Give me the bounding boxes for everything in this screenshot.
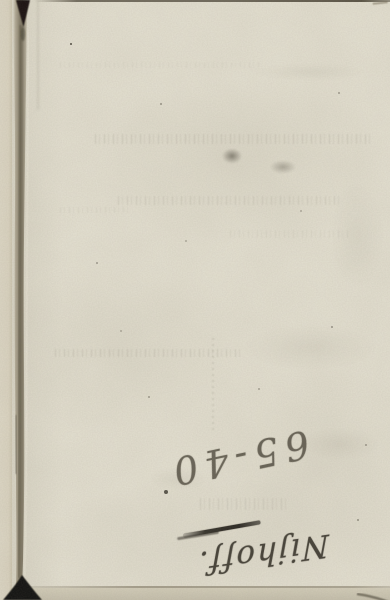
- stain-blotch: [330, 180, 385, 290]
- page-top-edge-line: [34, 0, 390, 2]
- stain-band: [60, 62, 260, 68]
- stain-band: [95, 134, 370, 144]
- stain-vertical-line: [212, 338, 214, 434]
- paper-page: [0, 0, 390, 600]
- stain-band: [60, 207, 130, 213]
- stain-cluster: [266, 158, 300, 176]
- faint-corner-scribble: [373, 1, 389, 11]
- paper-crease: [37, 0, 39, 110]
- stain-blotch: [148, 468, 208, 490]
- page-edges-strip: [0, 588, 390, 600]
- stain-cluster: [219, 146, 245, 166]
- stain-blotch: [300, 428, 380, 460]
- stain-blotch: [240, 325, 380, 370]
- pencil-dot: [164, 490, 168, 494]
- stain-blotch: [250, 64, 370, 80]
- facing-page-edge: [0, 0, 12, 600]
- stain-band: [118, 196, 343, 205]
- book-page-scan: 65-40 Nijhoff.: [0, 0, 390, 600]
- stain-band: [200, 498, 290, 510]
